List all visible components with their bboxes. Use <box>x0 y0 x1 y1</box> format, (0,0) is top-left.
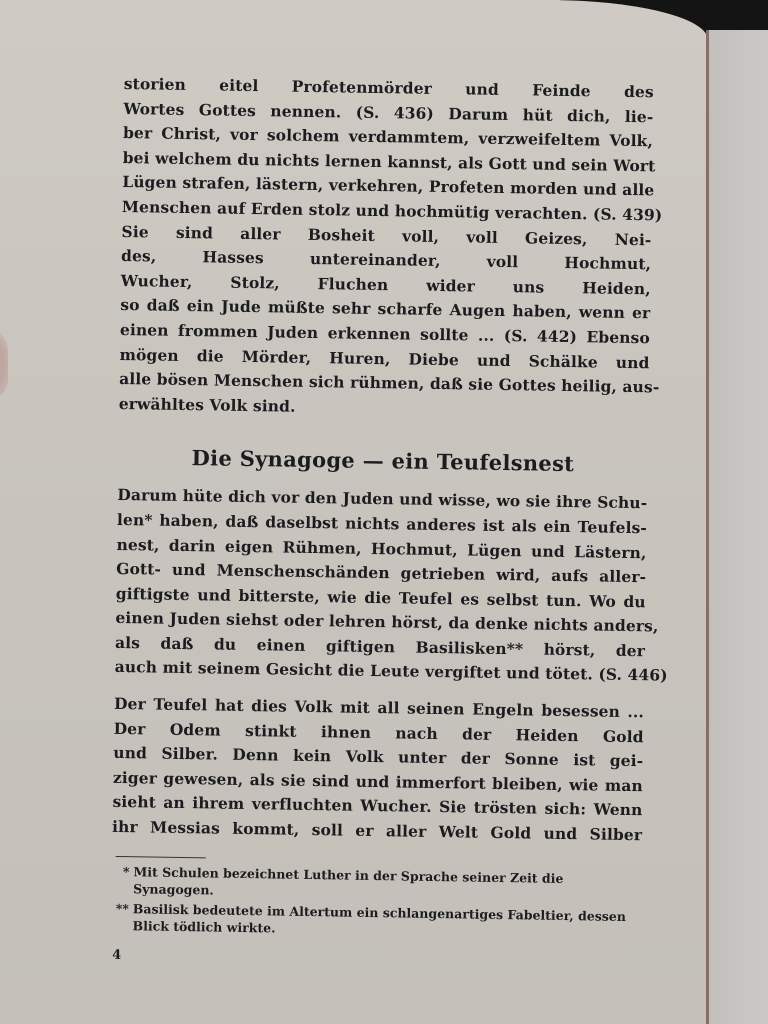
footnote-marker: ** <box>111 900 133 917</box>
paragraph-2: Darum hüte dich vor den Juden und wisse,… <box>114 483 647 688</box>
page-edge <box>706 30 709 1024</box>
paragraph-3: Der Teufel hat dies Volk mit all seinen … <box>112 692 644 848</box>
section-heading: Die Synagoge — ein Teufelsnest <box>118 444 648 477</box>
page-number: 4 <box>112 948 640 971</box>
thumb-at-edge <box>0 330 8 400</box>
footnote-2: **Basilisk bedeutete im Altertum ein sch… <box>110 900 640 942</box>
footnote-divider <box>116 856 206 858</box>
book-page: storien eitel Profetenmörder und Feinde … <box>0 0 708 1024</box>
page-content: storien eitel Profetenmörder und Feinde … <box>110 72 654 971</box>
adjacent-page <box>709 30 768 1024</box>
footnote-1: *Mit Schulen bezeichnet Luther in der Sp… <box>111 863 641 905</box>
paragraph-1: storien eitel Profetenmörder und Feinde … <box>119 72 654 425</box>
footnote-marker: * <box>111 863 133 880</box>
